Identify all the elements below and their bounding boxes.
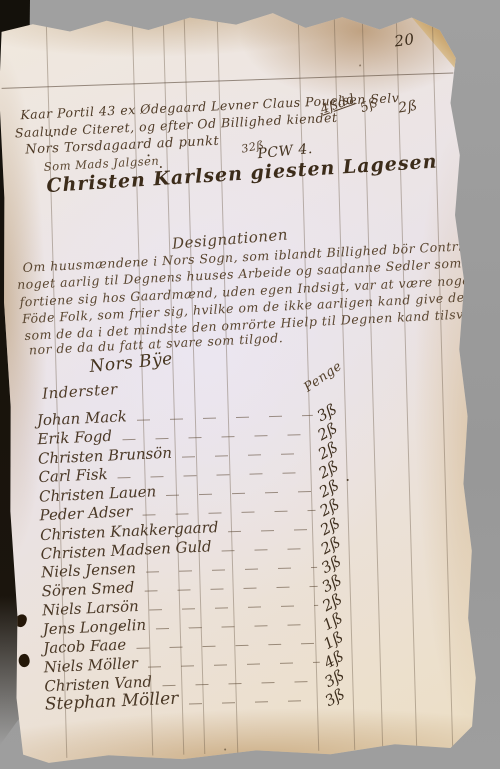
dash-leader bbox=[146, 554, 317, 573]
column-rule bbox=[362, 12, 384, 749]
dash-leader bbox=[148, 649, 320, 668]
dash-leader bbox=[122, 421, 314, 440]
dash-leader bbox=[162, 668, 321, 686]
category-label: Inderster bbox=[42, 380, 118, 403]
dash-leader bbox=[148, 592, 318, 611]
dash-leader bbox=[182, 440, 314, 458]
column-rule bbox=[396, 11, 418, 748]
dash-leader bbox=[142, 497, 315, 516]
amount: 3ß bbox=[322, 683, 352, 711]
header-rule bbox=[2, 72, 454, 88]
column-rules bbox=[0, 6, 457, 19]
dash-leader bbox=[228, 516, 316, 532]
header-value-3: 2ß bbox=[397, 98, 419, 117]
dash-leader bbox=[156, 611, 319, 630]
photo-background: 20 Kaar Portil 43 ex Ødegaard Levner Cla… bbox=[0, 0, 500, 769]
dash-leader bbox=[144, 573, 318, 592]
binding-hole bbox=[17, 653, 31, 668]
dash-leader bbox=[136, 402, 312, 421]
person-name: Stephan Möller bbox=[44, 689, 178, 715]
dash-leader bbox=[166, 478, 315, 496]
manuscript-page: 20 Kaar Portil 43 ex Ødegaard Levner Cla… bbox=[0, 6, 478, 766]
dash-leader bbox=[136, 630, 319, 649]
dash-leader bbox=[221, 535, 316, 552]
dash-leader bbox=[188, 687, 321, 705]
column-rule bbox=[432, 10, 454, 747]
page-number: 20 bbox=[393, 30, 415, 50]
dash-leader bbox=[117, 459, 314, 478]
